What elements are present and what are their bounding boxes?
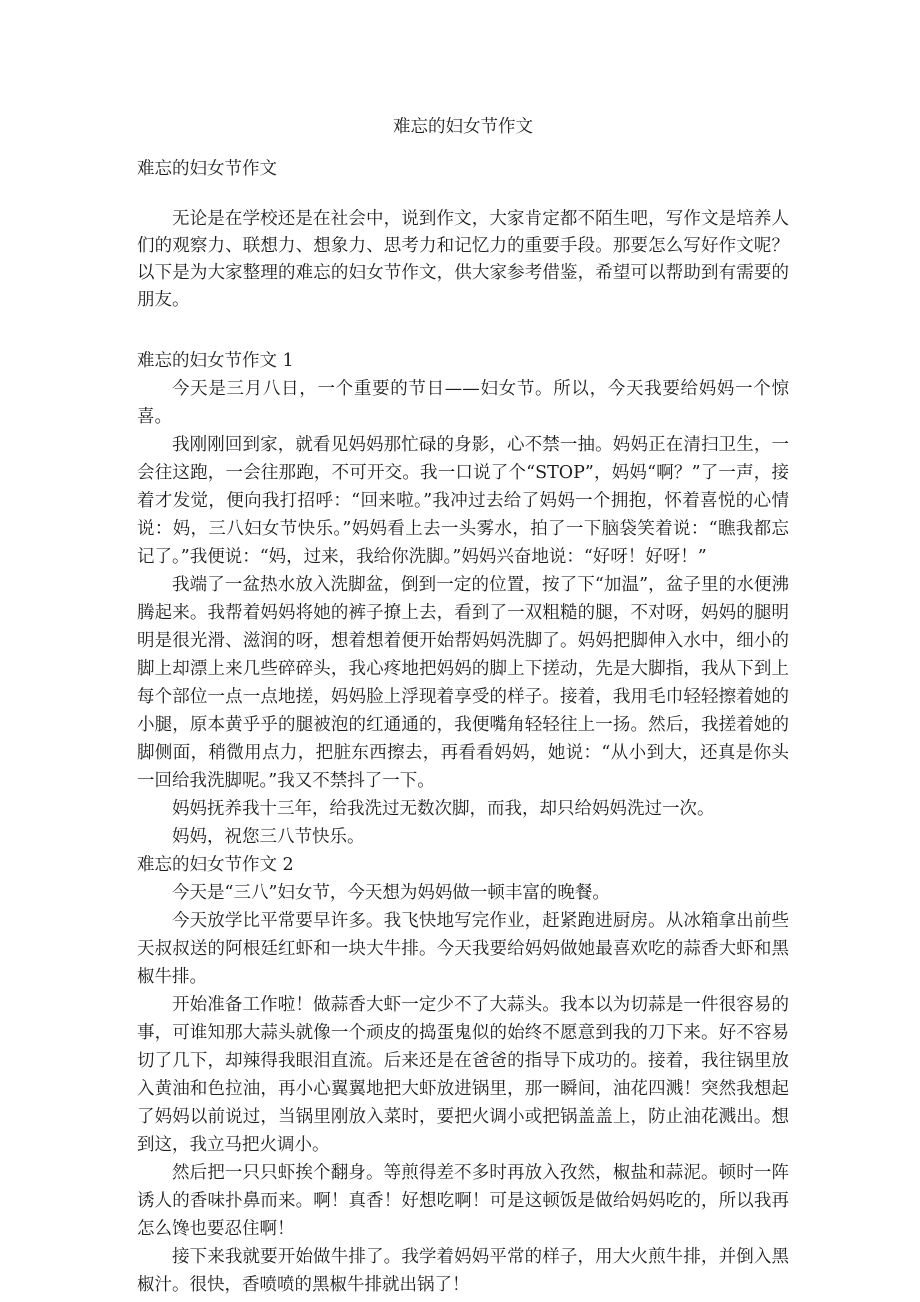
essay-1-paragraph-4: 妈妈抚养我十三年，给我洗过无数次脚，而我，却只给妈妈洗过一次。 (137, 795, 789, 823)
document-body: 难忘的妇女节作文 1 今天是三月八日，一个重要的节日——妇女节。所以，今天我要给… (137, 347, 789, 1299)
essay-1-paragraph-2: 我刚刚回到家，就看见妈妈那忙碌的身影，心不禁一抽。妈妈正在清扫卫生，一会往这跑，… (137, 431, 789, 571)
intro-paragraph: 无论是在学校还是在社会中，说到作文，大家肯定都不陌生吧，写作文是培养人们的观察力… (137, 206, 789, 314)
section-1-heading: 难忘的妇女节作文 1 (137, 347, 789, 375)
essay-1-paragraph-5: 妈妈，祝您三八节快乐。 (137, 823, 789, 851)
essay-2-paragraph-3: 开始准备工作啦！做蒜香大虾一定少不了大蒜头。我本以为切蒜是一件很容易的事，可谁知… (137, 991, 789, 1159)
document-title: 难忘的妇女节作文 (137, 113, 789, 141)
essay-2-paragraph-1: 今天是“三八”妇女节，今天想为妈妈做一顿丰富的晚餐。 (137, 879, 789, 907)
section-2-heading: 难忘的妇女节作文 2 (137, 851, 789, 879)
essay-1-paragraph-3: 我端了一盆热水放入洗脚盆，倒到一定的位置，按了下“加温”，盆子里的水便沸腾起来。… (137, 571, 789, 795)
essay-1-paragraph-1: 今天是三月八日，一个重要的节日——妇女节。所以，今天我要给妈妈一个惊喜。 (137, 375, 789, 431)
essay-2-paragraph-4: 然后把一只只虾挨个翻身。等煎得差不多时再放入孜然，椒盐和蒜泥。顿时一阵诱人的香味… (137, 1159, 789, 1243)
essay-2-paragraph-2: 今天放学比平常要早许多。我飞快地写完作业，赶紧跑进厨房。从冰箱拿出前些天叔叔送的… (137, 907, 789, 991)
document-subtitle: 难忘的妇女节作文 (137, 155, 789, 183)
essay-2-paragraph-5: 接下来我就要开始做牛排了。我学着妈妈平常的样子，用大火煎牛排，并倒入黑椒汁。很快… (137, 1243, 789, 1299)
document-page: 难忘的妇女节作文 难忘的妇女节作文 无论是在学校还是在社会中，说到作文，大家肯定… (0, 0, 920, 1302)
